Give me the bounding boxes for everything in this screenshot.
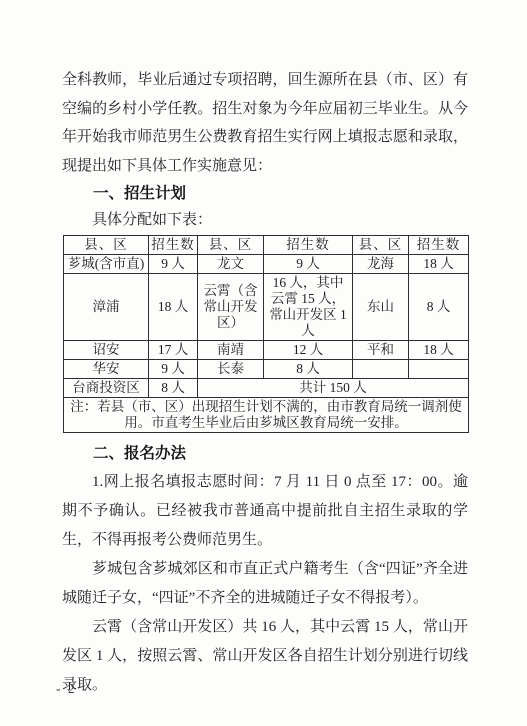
count-cell: 18 人 — [409, 255, 469, 274]
table-row: 华安 9 人 长泰 8 人 — [64, 360, 469, 379]
count-cell: 8 人 — [264, 360, 353, 379]
count-cell: 9 人 — [149, 360, 198, 379]
district-cell: 台商投资区 — [64, 379, 149, 398]
district-cell: 云霄（含常山开发区） — [198, 274, 264, 341]
count-cell: 9 人 — [264, 255, 353, 274]
column-header: 招生数 — [409, 236, 469, 255]
section1-heading: 一、招生计划 — [62, 180, 468, 207]
total-cell: 共计 150 人 — [198, 379, 469, 398]
section2-paragraph: 芗城包含芗城郊区和市直正式户籍考生（含“四证”齐全进城随迁子女，“四证”不齐全的… — [62, 555, 468, 613]
intro-paragraph: 全科教师，毕业后通过专项招聘，回生源所在县（市、区）有空编的乡村小学任教。招生对… — [62, 66, 468, 180]
count-cell: 18 人 — [149, 274, 198, 341]
district-cell: 龙文 — [198, 255, 264, 274]
district-cell: 龙海 — [353, 255, 409, 274]
column-header: 县、区 — [353, 236, 409, 255]
section2-paragraph: 1.网上报名填报志愿时间：7 月 11 日 0 点至 17：00。逾期不予确认。… — [62, 468, 468, 555]
district-cell — [353, 360, 409, 379]
count-cell: 8 人 — [149, 379, 198, 398]
table-note-row: 注：若县（市、区）出现招生计划不满的，由市教育局统一调剂使用。市直考生毕业后由芗… — [64, 398, 469, 433]
document-page: 全科教师，毕业后通过专项招聘，回生源所在县（市、区）有空编的乡村小学任教。招生对… — [0, 0, 527, 726]
count-cell: 12 人 — [264, 341, 353, 360]
table-row: 诏安 17 人 南靖 12 人 平和 18 人 — [64, 341, 469, 360]
section2: 二、报名办法 1.网上报名填报志愿时间：7 月 11 日 0 点至 17：00。… — [62, 440, 468, 700]
column-header: 县、区 — [64, 236, 149, 255]
enrollment-plan-table: 县、区 招生数 县、区 招生数 县、区 招生数 芗城(含市直) 9 人 龙文 9… — [63, 235, 469, 433]
table-row: 芗城(含市直) 9 人 龙文 9 人 龙海 18 人 — [64, 255, 469, 274]
count-cell: 18 人 — [409, 341, 469, 360]
table-header-row: 县、区 招生数 县、区 招生数 县、区 招生数 — [64, 236, 469, 255]
district-cell: 南靖 — [198, 341, 264, 360]
document-content: 全科教师，毕业后通过专项招聘，回生源所在县（市、区）有空编的乡村小学任教。招生对… — [62, 66, 468, 700]
count-cell — [409, 360, 469, 379]
table-row-total: 台商投资区 8 人 共计 150 人 — [64, 379, 469, 398]
count-cell: 8 人 — [409, 274, 469, 341]
district-cell: 华安 — [64, 360, 149, 379]
count-cell: 16 人，其中云霄 15 人，常山开发区 1 人 — [264, 274, 353, 341]
page-number: - 2 - — [56, 681, 89, 697]
column-header: 县、区 — [198, 236, 264, 255]
column-header: 招生数 — [264, 236, 353, 255]
district-cell: 长泰 — [198, 360, 264, 379]
section2-paragraph: 云霄（含常山开发区）共 16 人，其中云霄 15 人，常山开发区 1 人，按照云… — [62, 613, 468, 700]
column-header: 招生数 — [149, 236, 198, 255]
table-note: 注：若县（市、区）出现招生计划不满的，由市教育局统一调剂使用。市直考生毕业后由芗… — [64, 398, 469, 433]
district-cell: 东山 — [353, 274, 409, 341]
table-row: 漳浦 18 人 云霄（含常山开发区） 16 人，其中云霄 15 人，常山开发区 … — [64, 274, 469, 341]
table-intro-text: 具体分配如下表： — [62, 207, 468, 233]
section2-heading: 二、报名办法 — [62, 440, 468, 467]
district-cell: 平和 — [353, 341, 409, 360]
count-cell: 9 人 — [149, 255, 198, 274]
district-cell: 芗城(含市直) — [64, 255, 149, 274]
count-cell: 17 人 — [149, 341, 198, 360]
district-cell: 漳浦 — [64, 274, 149, 341]
district-cell: 诏安 — [64, 341, 149, 360]
